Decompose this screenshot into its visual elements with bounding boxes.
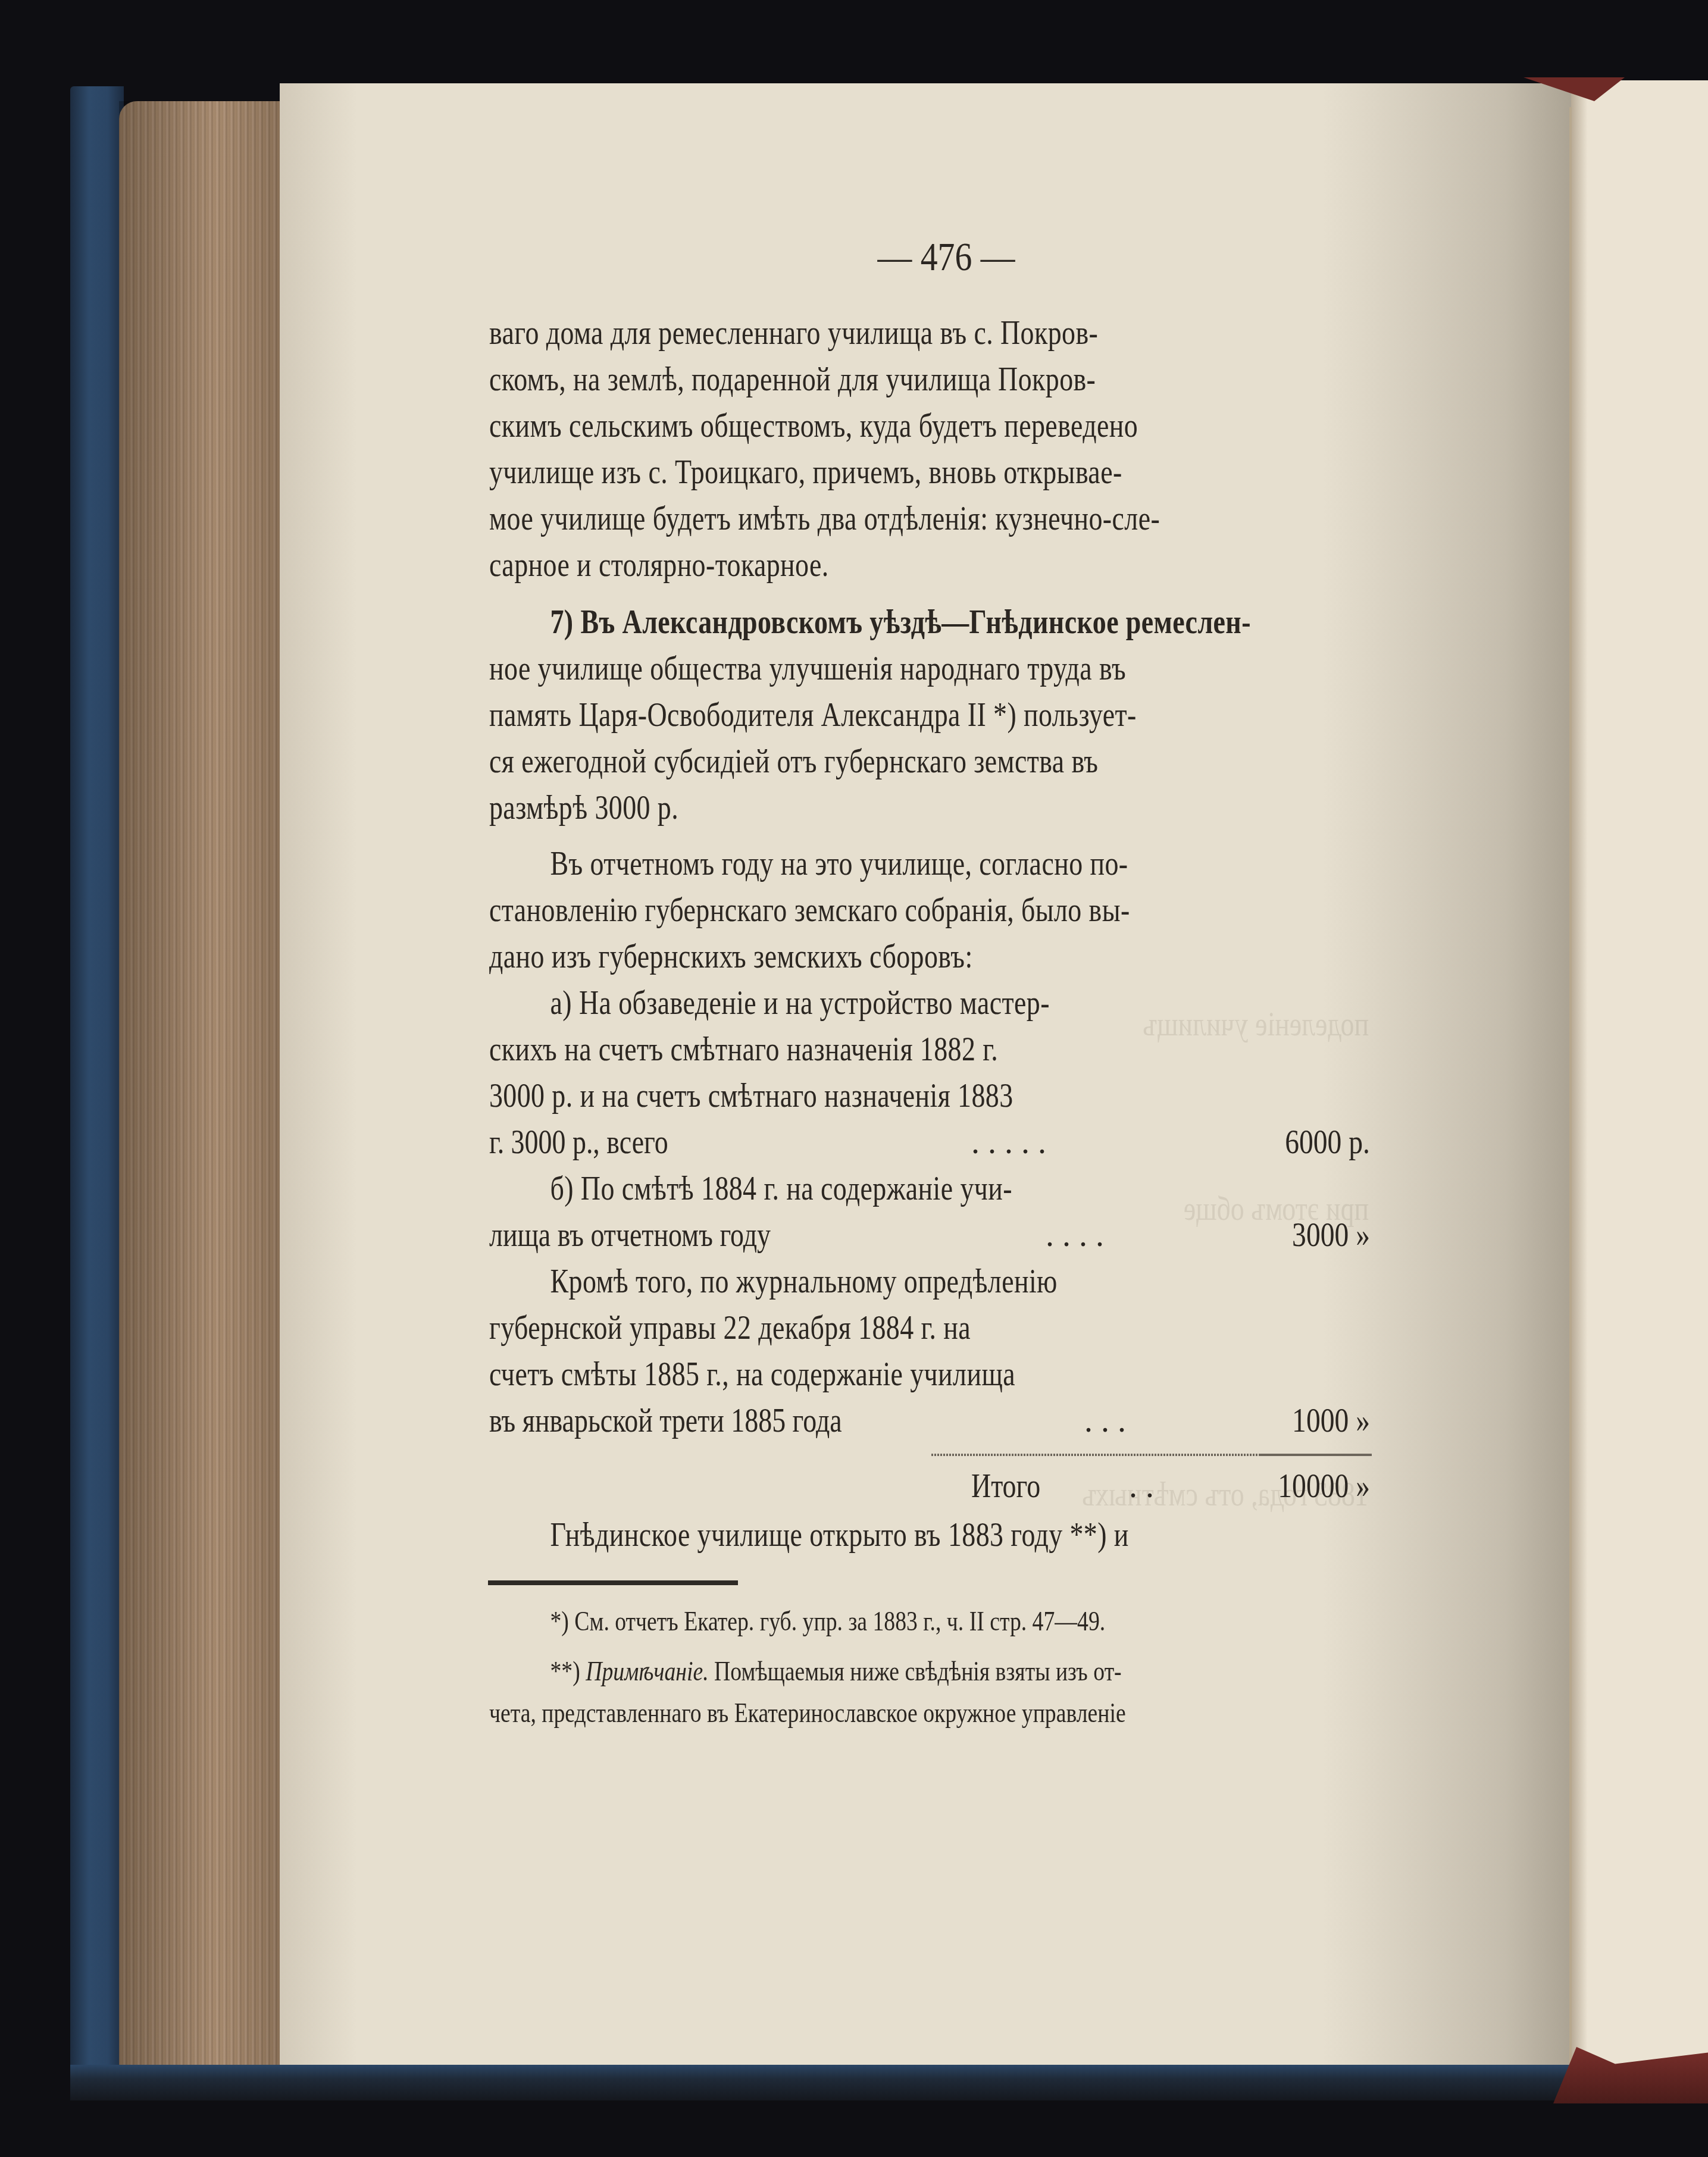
ledger-extra-line: Кромѣ того, по журнальному опредѣленію [489,1258,1212,1306]
total-label: Итого [971,1463,1040,1510]
footnote-separator [488,1580,738,1585]
page-number: — 476 — [871,233,1022,280]
total-amount: 10000 » [1278,1463,1370,1510]
ledger-label: лища въ отчетномъ году [489,1211,771,1259]
body-line: скомъ, на землѣ, подаренной для училища … [489,356,1212,403]
body-line: скимъ сельскимъ обществомъ, куда будетъ … [489,402,1212,450]
body-line: дано изъ губернскихъ земскихъ сборовъ: [489,933,1212,981]
closing-line: Гнѣдинское училище открыто въ 1883 году … [489,1511,1212,1559]
leader-dots: . . [1129,1463,1154,1510]
body-line: сарное и столярно-токарное. [489,541,1212,589]
ledger-extra-line: губернской управы 22 декабря 1884 г. на [489,1304,1212,1352]
ledger-row-total: Итого . . 10000 » [489,1463,1370,1510]
body-line: ное училище общества улучшенія народнаго… [489,645,1212,693]
ledger-extra-line: счетъ смѣты 1885 г., на содержаніе учили… [489,1351,1212,1398]
footnote-1: *) См. отчетъ Екатер. губ. упр. за 1883 … [489,1602,1212,1641]
body-line: училище изъ с. Троицкаго, причемъ, вновь… [489,449,1212,496]
body-line: размѣрѣ 3000 р. [489,784,1212,832]
section-7-heading: 7) Въ Александровскомъ уѣздѣ—Гнѣдинское … [489,599,1212,646]
ledger-item-a-line: а) На обзаведеніе и на устройство мастер… [489,979,1212,1027]
footnote-2-marker: **) [550,1656,580,1686]
body-line: память Царя-Освободителя Александра II *… [489,691,1212,739]
ledger-item-a-line: 3000 р. и на счетъ смѣтнаго назначенія 1… [489,1072,1212,1120]
ledger-item-b-line: б) По смѣтѣ 1884 г. на содержаніе учи- [489,1165,1212,1213]
ledger-amount: 1000 » [1292,1397,1370,1445]
book-cover-left [70,86,124,2100]
footnote-2: **) Примѣчаніе. Помѣщаемыя ниже свѣдѣнія… [489,1652,1212,1690]
book-cover-bottom [70,2065,1600,2100]
footnote-2-text: Помѣщаемыя ниже свѣдѣнія взяты изъ от- [714,1656,1122,1686]
leader-dots: . . . [1084,1397,1126,1445]
body-line: Въ отчетномъ году на это училище, соглас… [489,840,1212,888]
footnote-2-continued: чета, представленнаго въ Екатеринославск… [489,1694,1212,1732]
ledger-row-extra: въ январьской трети 1885 года . . . 1000… [489,1397,1370,1445]
ledger-row-item-a: г. 3000 р., всего . . . . . 6000 р. [489,1119,1370,1166]
ledger-row-item-b: лища въ отчетномъ году . . . . 3000 » [489,1211,1370,1259]
body-line: становленію губернскаго земскаго собрані… [489,887,1212,934]
sum-rule [931,1454,1372,1456]
body-line: ся ежегодной субсидіей отъ губернскаго з… [489,738,1212,785]
gutter [1569,107,1572,2065]
leader-dots: . . . . . [971,1119,1046,1166]
body-line: ваго дома для ремесленнаго училища въ с.… [489,309,1212,357]
page-edges-stack [119,101,283,2071]
ledger-item-a-line: скихъ на счетъ смѣтнаго назначенія 1882 … [489,1026,1212,1073]
ledger-label: въ январьской трети 1885 года [489,1397,842,1445]
body-line: мое училище будетъ имѣть два отдѣленія: … [489,495,1212,543]
ledger-label: г. 3000 р., всего [489,1119,668,1166]
ledger-amount: 6000 р. [1285,1119,1370,1166]
footnote-2-label: Примѣчаніе. [586,1656,708,1686]
right-page-edge [1571,80,1708,2071]
ledger-amount: 3000 » [1292,1211,1370,1259]
leader-dots: . . . . [1046,1211,1104,1259]
